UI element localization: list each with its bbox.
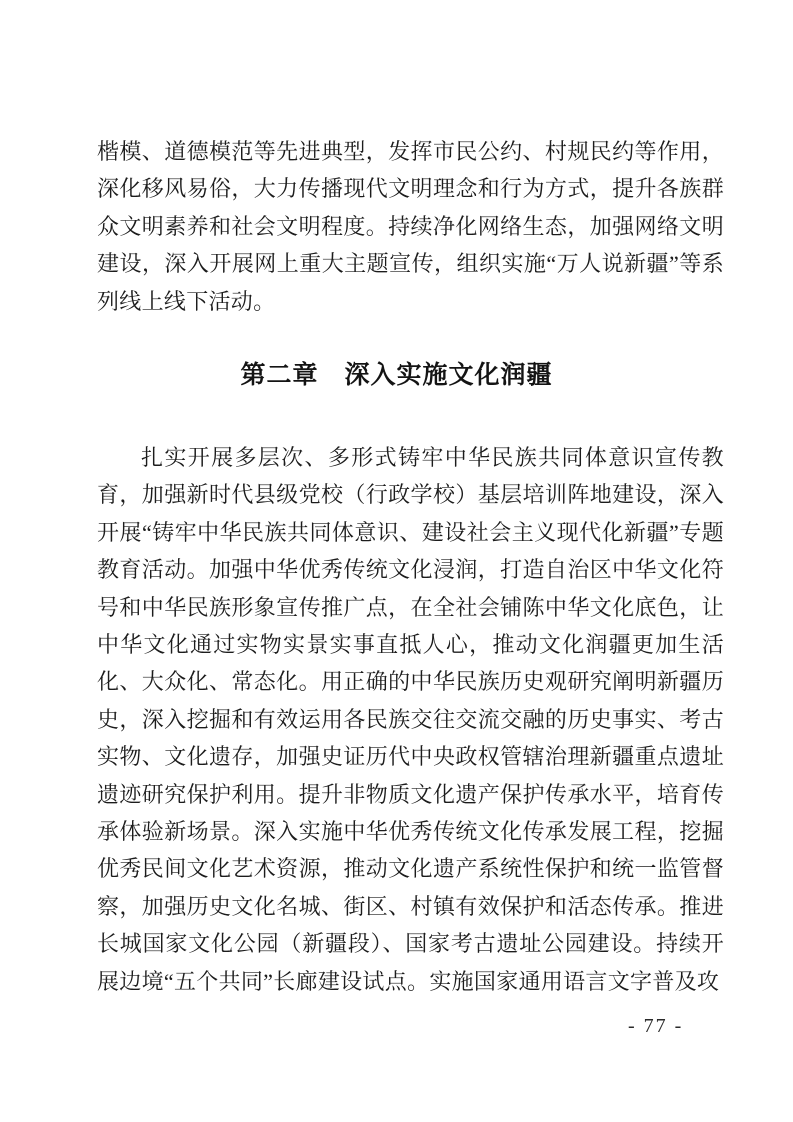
intro-paragraph: 楷模、道德模范等先进典型，发挥市民公约、村规民约等作用，深化移风易俗，大力传播现…	[97, 133, 724, 320]
chapter-heading: 第二章 深入实施文化润疆	[0, 357, 793, 394]
body-paragraph: 扎实开展多层次、多形式铸牢中华民族共同体意识宣传教育，加强新时代县级党校（行政学…	[97, 439, 724, 1000]
page-number: - 77 -	[628, 1013, 683, 1039]
document-page: 楷模、道德模范等先进典型，发挥市民公约、村规民约等作用，深化移风易俗，大力传播现…	[0, 0, 793, 1122]
